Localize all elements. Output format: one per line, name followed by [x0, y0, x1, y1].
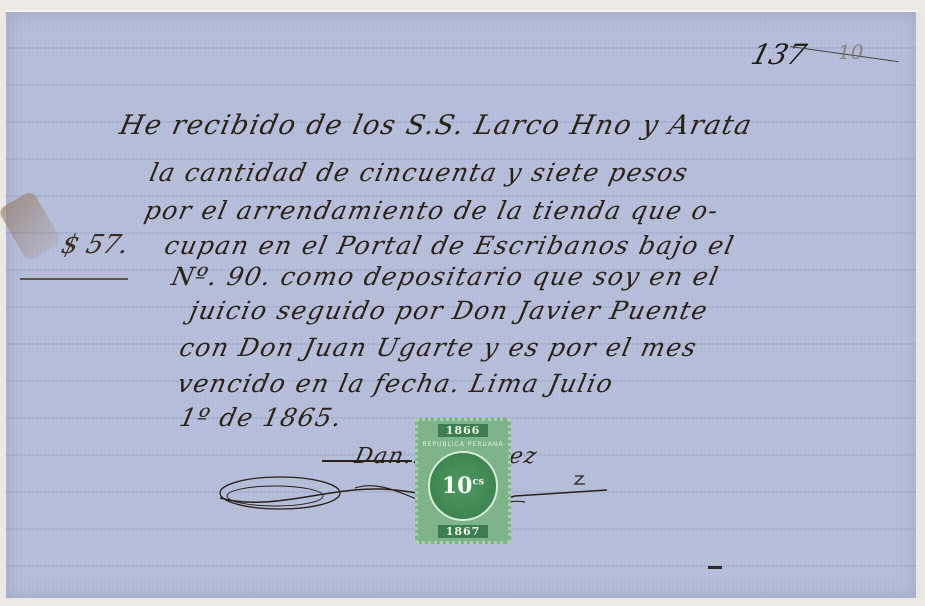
- margin-underline: [20, 278, 128, 280]
- revenue-stamp: 1866 REPUBLICA PERUANA 10cs 1867: [415, 418, 511, 544]
- stamp-band-text: REPUBLICA PERUANA: [422, 441, 503, 448]
- folio-secondary-mark: 10: [838, 40, 863, 64]
- folio-number: 137: [748, 38, 810, 71]
- body-line-4: cupan en el Portal de Escribanos bajo el: [162, 231, 738, 260]
- stamp-value-circle: 10cs: [428, 451, 498, 521]
- body-line-5: Nº. 90. como depositario que soy en el: [169, 262, 722, 291]
- ink-mark: [708, 566, 722, 569]
- stamp-value: 10cs: [442, 473, 484, 499]
- body-line-9: 1º de 1865.: [177, 403, 346, 432]
- body-line-7: con Don Juan Ugarte y es por el mes: [177, 333, 700, 362]
- paper-right-edge: [916, 12, 921, 598]
- body-line-2: la cantidad de cincuenta y siete pesos: [147, 158, 692, 187]
- body-line-8: vencido en la fecha. Lima Julio: [175, 369, 617, 398]
- body-line-6: juicio seguido por Don Javier Puente: [187, 296, 711, 325]
- stamp-top-year: 1866: [438, 424, 489, 437]
- margin-amount: $ 57.: [58, 230, 132, 260]
- body-line-1: He recibido de los S.S. Larco Hno y Arat…: [117, 110, 756, 141]
- body-line-3: por el arrendamiento de la tienda que o-: [142, 196, 722, 225]
- stamp-bottom-year: 1867: [438, 525, 489, 538]
